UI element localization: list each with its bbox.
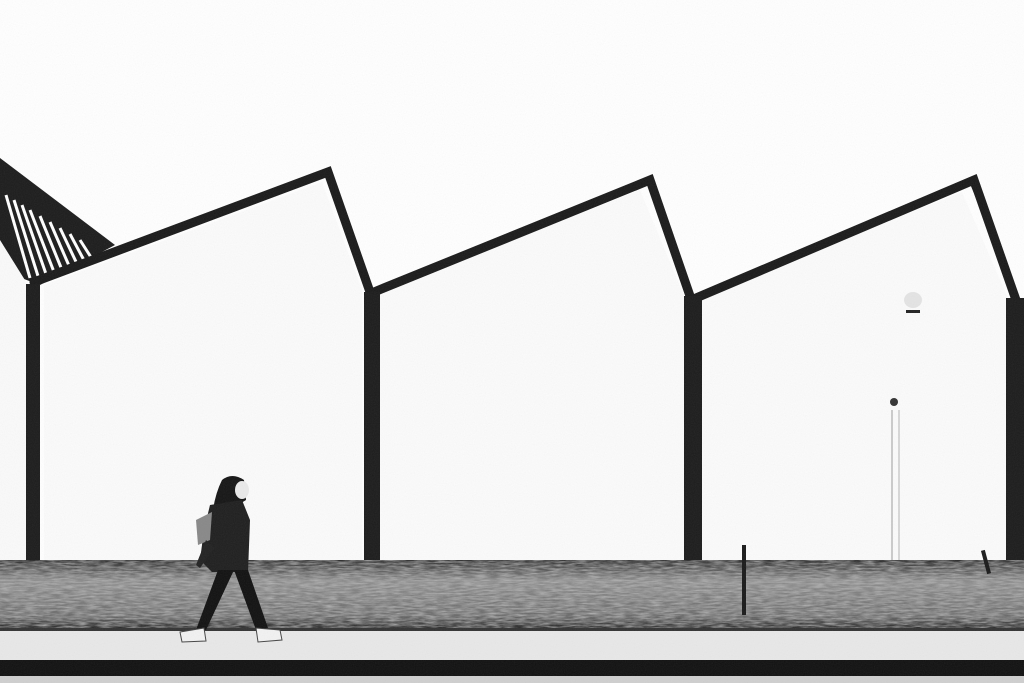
photo-scene xyxy=(0,0,1024,683)
